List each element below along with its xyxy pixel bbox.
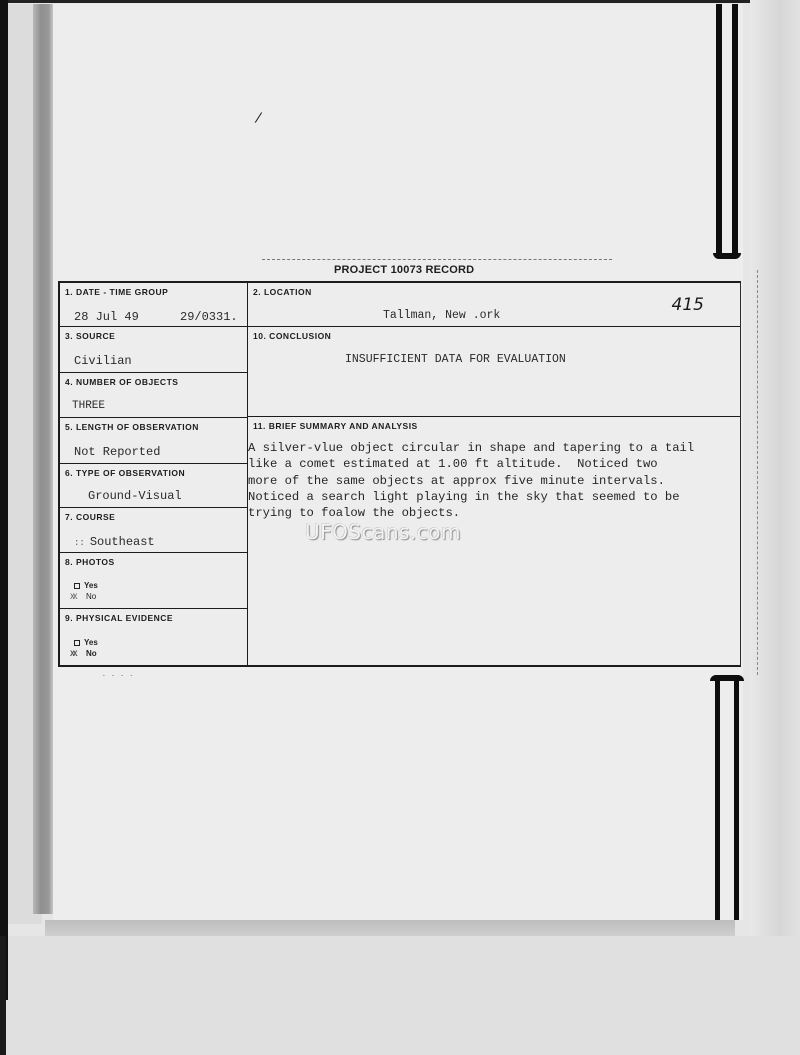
conclusion-value: INSUFFICIENT DATA FOR EVALUATION <box>345 353 566 366</box>
bottom-dash-marks: - - - - <box>102 672 134 679</box>
source-value: Civilian <box>74 354 132 368</box>
scan-edge-left <box>0 0 8 1000</box>
title-rule <box>262 259 612 260</box>
field-type-of-observation: 6. TYPE OF OBSERVATION Ground-Visual <box>60 464 247 508</box>
field-physical-evidence: 9. PHYSICAL EVIDENCE Yes XXNo <box>60 609 247 667</box>
field-label: 10. CONCLUSION <box>253 331 331 341</box>
field-conclusion: 10. CONCLUSION INSUFFICIENT DATA FOR EVA… <box>248 327 740 417</box>
binder-clip-bottom <box>710 675 744 920</box>
course-value: ::Southeast <box>74 535 155 549</box>
location-value: Tallman, New .ork <box>383 309 500 322</box>
field-label: 8. PHOTOS <box>65 557 115 567</box>
field-label: 2. LOCATION <box>253 287 312 297</box>
field-label: 7. COURSE <box>65 512 115 522</box>
field-photos: 8. PHOTOS Yes XXNo <box>60 553 247 609</box>
number-of-objects-value: THREE <box>72 400 105 412</box>
checked-x-icon: XX <box>70 650 84 659</box>
field-label: 9. PHYSICAL EVIDENCE <box>65 613 173 623</box>
field-number-of-objects: 4. NUMBER OF OBJECTS THREE <box>60 373 247 418</box>
photos-yes-checkbox[interactable]: Yes <box>74 581 98 590</box>
physical-evidence-no-checkbox[interactable]: XXNo <box>74 649 97 659</box>
page-shadow-left <box>33 4 53 914</box>
page-shadow-bottom <box>45 920 735 936</box>
date-value: 28 Jul 49 <box>74 310 139 324</box>
handwritten-page-number: 415 <box>672 295 704 315</box>
time-value: 29/0331. <box>180 310 238 324</box>
brief-summary-text: A silver-vlue object circular in shape a… <box>248 440 728 521</box>
field-label: 11. BRIEF SUMMARY AND ANALYSIS <box>253 421 418 431</box>
type-of-observation-value: Ground-Visual <box>88 489 182 503</box>
checked-x-icon: XX <box>70 593 84 602</box>
binder-clip-top <box>713 4 741 259</box>
field-length-of-observation: 5. LENGTH OF OBSERVATION Not Reported <box>60 418 247 464</box>
field-label: 6. TYPE OF OBSERVATION <box>65 468 185 478</box>
field-label: 1. DATE - TIME GROUP <box>65 287 168 297</box>
physical-evidence-yes-checkbox[interactable]: Yes <box>74 638 98 647</box>
field-course: 7. COURSE ::Southeast <box>60 508 247 553</box>
watermark-text: UFOScans.com <box>305 520 461 544</box>
margin-dashed-line <box>757 270 758 675</box>
field-label: 3. SOURCE <box>65 331 115 341</box>
photos-no-checkbox[interactable]: XXNo <box>74 592 96 602</box>
scan-bottom-area <box>0 936 800 1055</box>
empty-checkbox-icon <box>74 640 80 646</box>
record-title: PROJECT 10073 RECORD <box>334 264 474 276</box>
form-left-column: 1. DATE - TIME GROUP 28 Jul 49 29/0331. … <box>60 283 248 665</box>
field-source: 3. SOURCE Civilian <box>60 327 247 373</box>
field-label: 5. LENGTH OF OBSERVATION <box>65 422 199 432</box>
empty-checkbox-icon <box>74 583 80 589</box>
record-form: 1. DATE - TIME GROUP 28 Jul 49 29/0331. … <box>58 281 741 667</box>
length-of-observation-value: Not Reported <box>74 445 160 459</box>
field-label: 4. NUMBER OF OBJECTS <box>65 377 178 387</box>
field-date-time-group: 1. DATE - TIME GROUP 28 Jul 49 29/0331. <box>60 283 247 327</box>
scan-edge-top <box>0 0 800 3</box>
field-location: 2. LOCATION Tallman, New .ork 415 <box>248 283 740 327</box>
scan-edge-bottom-left <box>0 936 6 1055</box>
form-right-column: 2. LOCATION Tallman, New .ork 415 10. CO… <box>248 283 740 665</box>
